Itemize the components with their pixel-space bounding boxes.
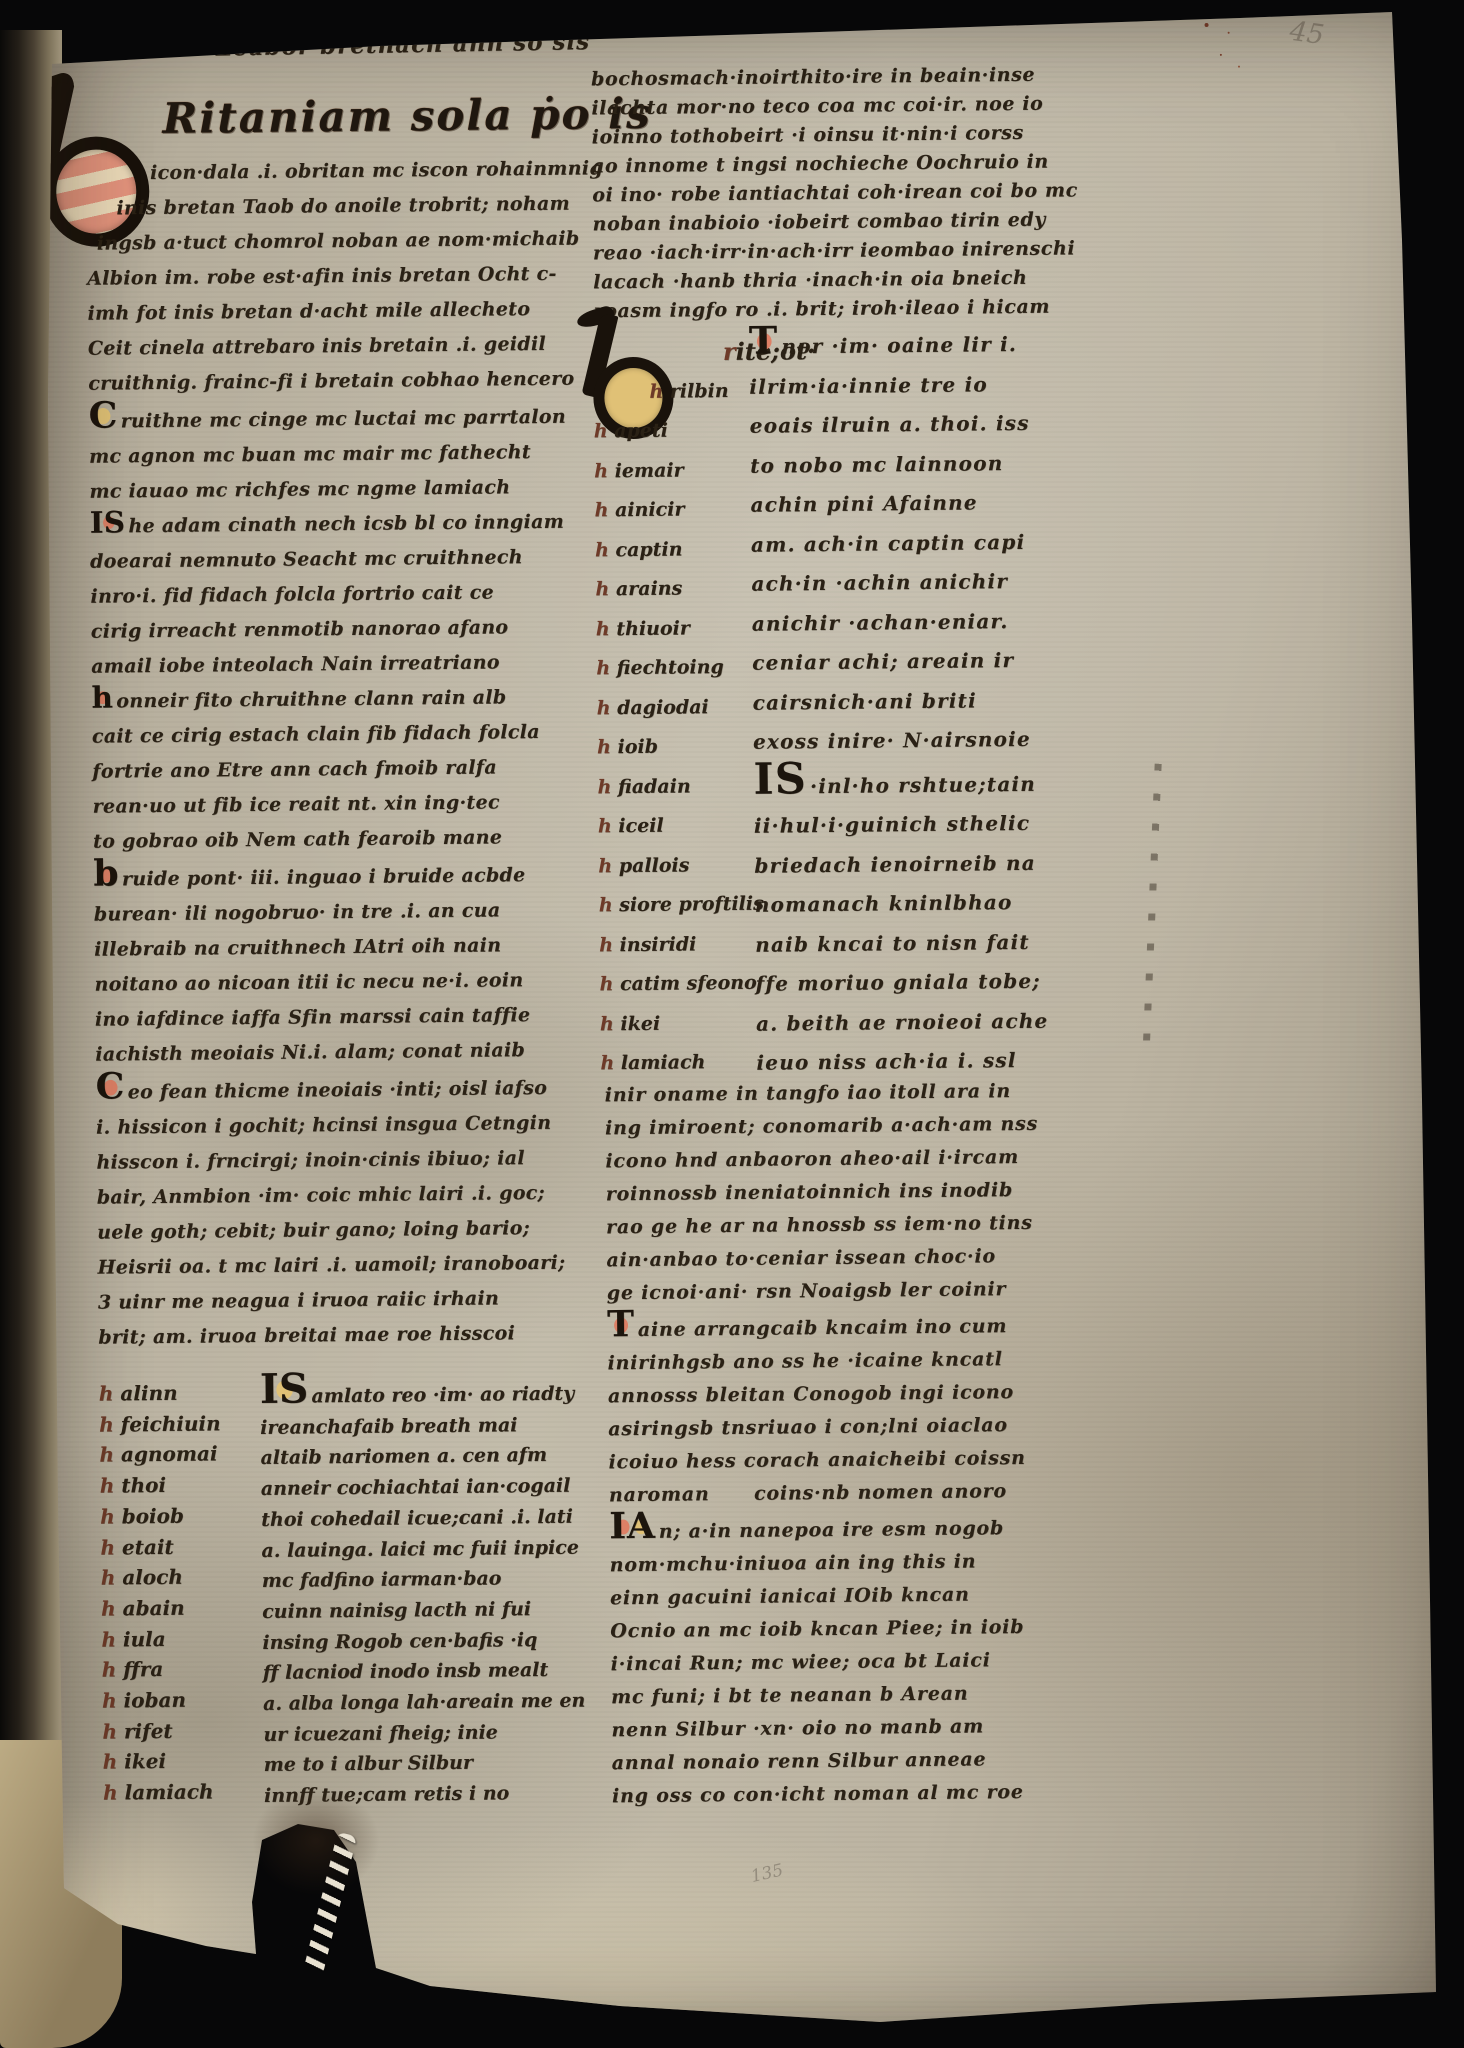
text-line: ino iafdince iaffa Sfin marssi cain taff… [95,998,573,1038]
running-title: Leabor bretnach ann so sis [216,28,591,62]
text-line: ffe moriuo gniala tobe; [755,961,1151,1005]
text-line: imh fot inis bretan d·acht mile allechet… [87,292,565,332]
text-line: cait ce cirig estach clain fib fidach fo… [92,715,570,755]
text-line: am. ach·in captin capi [751,521,1147,565]
text-line: bruide pont· iii. inguao i bruide acbde [93,855,571,898]
text-line: Cruithne mc cinge mc luctai mc parrtalon [88,397,566,440]
text-line: briedach ienoirneib na [754,842,1150,886]
genealogy-name: h aloch [101,1561,276,1594]
text-line: icon·dala .i. obritan mc iscon rohainmni… [86,152,564,192]
genealogy-name: h feichiuin [99,1408,274,1441]
chapter-heading: Ritaniam sola ṗo is [162,89,652,143]
text-line: nomanach kninlbhao [755,882,1151,926]
text-line: anichir ·achan·eniar. [752,600,1148,644]
text-line: ISamlato reo ·im· ao riadty [260,1370,578,1413]
manuscript-photo: Leabor bretnach ann so sis 45 Ritaniam s… [0,0,1464,2048]
text-line: fortrie ano Etre ann cach fmoib ralfa [92,750,570,790]
genealogy-name: h rifet [102,1715,277,1748]
text-line: Ceo fean thicme ineoiais ·inti; oisl iaf… [95,1068,573,1111]
text-line: mc iauao mc richfes mc ngme lamiach [89,470,567,510]
text-line: oi ino· robe iantiachtai coh·irean coi b… [592,176,1148,211]
text-line: bair, Anmbion ·im· coic mhic lairi .i. g… [97,1176,575,1216]
left-column-body: icon·dala .i. obritan mc iscon rohainmni… [86,152,577,1356]
text-line: altaib nariomen a. cen afm [260,1440,578,1474]
decorated-initial: T [749,325,779,356]
text-line: insing Rogob cen·bafis ·iq [262,1624,580,1658]
text-line: ing oss co con·icht noman al mc roe [612,1775,1164,1814]
decorated-initial: T [607,1310,635,1339]
text-line: achin pini Afainne [750,482,1146,526]
text-line: 3 uinr me neagua i iruoa raiic irhain [98,1281,576,1321]
text-line: ilrim·ia·innie tre io [749,363,1145,407]
text-line: ingsb a·tuct chomrol noban ae nom·michai… [87,222,565,262]
text-line: illebraib na cruithnech IAtri oih nain [94,928,572,968]
genealogy-name: h etait [100,1530,275,1563]
genealogy-name: h boiob [100,1500,275,1533]
right-column-bottom: inir oname in tangfo iao itoll ara ining… [605,1074,1165,1814]
text-line: to nobo mc lainnoon [750,442,1146,486]
right-column-top: bochosmach·inoirthito·ire in beain·insei… [591,60,1150,327]
text-line: IS·inl·ho rshtue;tain [753,758,1149,807]
decorated-initial: IS [260,1372,309,1405]
decorated-initial: IS [753,762,807,797]
genealogy-name: h ioban [102,1684,277,1717]
text-line: cairsnich·ani briti [752,679,1148,723]
text-line: a. lauinga. laici mc fuii inpice [261,1532,579,1566]
decorated-initial: h [91,685,113,709]
text-line: iachisth meoiais Ni.i. alam; conat niaib [95,1033,573,1073]
text-line: honneir fito chruithne clann rain alb [91,680,569,720]
text-line: uele goth; cebit; buir gano; loing bario… [97,1211,575,1251]
text-line: mc agnon mc buan mc mair mc fathecht [89,435,567,475]
left-list-adjacent-text: ISamlato reo ·im· ao riadtyireanchafaib … [260,1370,583,1812]
genealogy-name: h thoi [100,1469,275,1502]
text-line: ff lacniod inodo insb mealt [263,1655,581,1689]
text-line: ach·in ·achin anichir [751,561,1147,605]
text-line: cruithnig. frainc-fi i bretain cobhao he… [88,362,566,402]
text-line: to gobrao oib Nem cath fearoib mane [93,820,571,860]
text-line: naib kncai to nisn fait [755,921,1151,965]
genealogy-name: h ffra [102,1653,277,1686]
text-line: amail iobe inteolach Nain irreatriano [91,645,569,685]
text-line: reao ·iach·irr·in·ach·irr ieombao iniren… [593,234,1149,269]
text-line: IAn; a·in nanepoa ire esm nogob [609,1507,1161,1550]
text-line: Tnor ·im· oaine lir i. [749,322,1145,368]
left-genealogy-list: h alinnh feichiuinh agnomaih thoih boiob… [99,1377,278,1809]
text-line: inis bretan Taob do anoile trobrit; noha… [86,187,564,227]
text-line: inro·i. fid fidach folcla fortrio cait c… [90,575,568,615]
text-line: hisscon i. frncirgi; inoin·cinis ibiuo; … [96,1141,574,1181]
text-line: i. hissicon i gochit; hcinsi insgua Cetn… [96,1106,574,1146]
page-content: Leabor bretnach ann so sis 45 Ritaniam s… [0,0,1464,2048]
text-line: rean·uo ut fib ice reait nt. xin ing·tec [93,785,571,825]
text-line: ur icuezani fheig; inie [263,1716,581,1750]
page-number-pencil: 135 [749,1860,785,1887]
text-line: thoi cohedail icue;cani .i. lati [261,1501,579,1535]
text-line: ceniar achi; areain ir [752,640,1148,684]
text-line: cirig irreacht renmotib nanorao afano [91,610,569,650]
text-line: ireanchafaib breath mai [260,1409,578,1443]
text-line: eoais ilruin a. thoi. iss [750,403,1146,447]
text-line: IShe adam cinath nech icsb bl co inngiam [90,505,568,545]
decorated-initial: C [88,401,117,430]
text-line: noitano ao nicoan itii ic necu ne·i. eoi… [94,963,572,1003]
parchment-page: Leabor bretnach ann so sis 45 Ritaniam s… [0,0,1464,2048]
decorated-initial: IA [609,1512,656,1541]
text-line: exoss inire· N·airsnoie [753,719,1149,763]
genealogy-name: h iula [101,1622,276,1655]
text-line: brit; am. iruoa breitai mae roe hisscoi [98,1316,576,1356]
genealogy-name: h alinn [99,1377,274,1410]
text-line: mc fadfino iarman·bao [262,1563,580,1597]
tear-smudge [228,1766,404,1916]
genealogy-name: h abain [101,1592,276,1625]
text-line: Heisrii oa. t mc lairi .i. uamoil; irano… [97,1246,575,1286]
text-line: a. beith ae rnoieoi ache [756,1000,1152,1044]
text-line: Ceit cinela attrebaro inis bretain .i. g… [88,327,566,367]
text-line: Taine arrangcaib kncaim ino cum [607,1305,1159,1348]
text-line: cuinn nainisg lacth ni fui [262,1594,580,1628]
text-line: Albion im. robe est·afin inis bretan Och… [87,257,565,297]
decorated-initial: b [93,859,119,888]
decorated-initial: C [95,1072,124,1101]
text-line: burean· ili nogobruo· in tre .i. an cua [94,893,572,933]
ink-stain-speckles [1174,0,1295,97]
text-line: a. alba longa lah·areain me en [263,1686,581,1720]
decorated-initial: IS [90,510,126,534]
text-line: doearai nemnuto Seacht mc cruithnech [90,540,568,580]
right-list-adjacent-text: Tnor ·im· oaine lir i.ilrim·ia·innie tre… [749,322,1153,1084]
text-line: ii·hul·i·guinich sthelic [754,803,1150,847]
text-line: anneir cochiachtai ian·cogail [261,1471,579,1505]
genealogy-name: h agnomai [99,1438,274,1471]
